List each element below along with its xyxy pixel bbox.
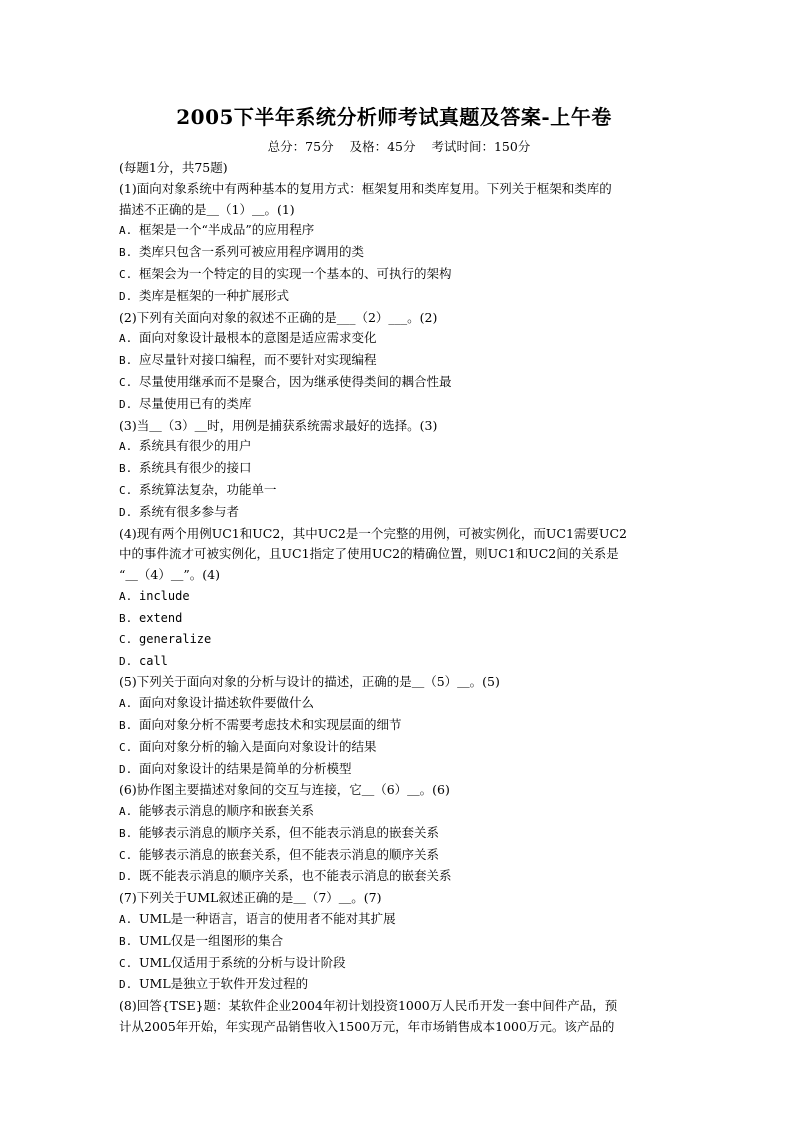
question-text: (5)下列关于面向对象的分析与设计的描述，正确的是＿（5）＿。(5) [119, 672, 679, 693]
option-label: A. [119, 694, 139, 715]
option-c: C.尽量使用继承而不是聚合，因为继承使得类间的耦合性最 [119, 372, 679, 394]
option-d: D.面向对象设计的结果是简单的分析模型 [119, 759, 679, 781]
option-text: UML是独立于软件开发过程的 [139, 976, 308, 991]
option-label: B. [119, 824, 139, 845]
question-text: (1)面向对象系统中有两种基本的复用方式：框架复用和类库复用。下列关于框架和类库… [119, 179, 679, 200]
option-label: D. [119, 503, 139, 524]
option-b: B.类库只包含一系列可被应用程序调用的类 [119, 242, 679, 264]
option-label: A. [119, 587, 139, 608]
exam-page: 2005下半年系统分析师考试真题及答案-上午卷 总分：75分 及格：45分 考试… [119, 100, 679, 1038]
option-label: A. [119, 221, 139, 242]
option-c: C.框架会为一个特定的目的实现一个基本的、可执行的架构 [119, 264, 679, 286]
option-text: 面向对象设计的结果是简单的分析模型 [139, 761, 352, 776]
option-text: 能够表示消息的顺序和嵌套关系 [139, 803, 314, 818]
option-label: B. [119, 351, 139, 372]
option-label: D. [119, 287, 139, 308]
question-text: “＿（4）＿”。(4) [119, 565, 679, 586]
question-text: (6)协作图主要描述对象间的交互与连接，它＿（6）＿。(6) [119, 780, 679, 801]
option-c: C.UML仅适用于系统的分析与设计阶段 [119, 953, 679, 975]
option-text: 类库只包含一系列可被应用程序调用的类 [139, 244, 364, 259]
option-c: C.面向对象分析的输入是面向对象设计的结果 [119, 737, 679, 759]
option-d: D.类库是框架的一种扩展形式 [119, 286, 679, 308]
question-text: (7)下列关于UML叙述正确的是＿（7）＿。(7) [119, 888, 679, 909]
question-text: (3)当＿（3）＿时，用例是捕获系统需求最好的选择。(3) [119, 416, 679, 437]
total-score: 总分：75分 [268, 139, 334, 154]
question-8: (8)回答{TSE}题：某软件企业2004年初计划投资1000万人民币开发一套中… [119, 996, 679, 1038]
option-label: C. [119, 630, 139, 651]
option-d: D.系统有很多参与者 [119, 502, 679, 524]
option-b: B.extend [119, 608, 679, 630]
option-text: call [139, 654, 168, 668]
scoring-note: (每题1分，共75题) [119, 158, 679, 179]
option-text: 既不能表示消息的顺序关系，也不能表示消息的嵌套关系 [139, 868, 452, 883]
option-text: UML仅是一组图形的集合 [139, 933, 283, 948]
exam-time: 考试时间：150分 [431, 139, 530, 154]
option-label: A. [119, 329, 139, 350]
question-6: (6)协作图主要描述对象间的交互与连接，它＿（6）＿。(6) A.能够表示消息的… [119, 780, 679, 888]
option-b: B.能够表示消息的顺序关系，但不能表示消息的嵌套关系 [119, 823, 679, 845]
exam-meta: 总分：75分 及格：45分 考试时间：150分 [119, 136, 679, 158]
question-1: (1)面向对象系统中有两种基本的复用方式：框架复用和类库复用。下列关于框架和类库… [119, 179, 679, 308]
option-text: 框架会为一个特定的目的实现一个基本的、可执行的架构 [139, 266, 452, 281]
option-text: UML仅适用于系统的分析与设计阶段 [139, 955, 346, 970]
option-label: D. [119, 867, 139, 888]
option-label: B. [119, 243, 139, 264]
option-c: C.能够表示消息的嵌套关系，但不能表示消息的顺序关系 [119, 845, 679, 867]
option-label: C. [119, 738, 139, 759]
option-text: 系统具有很少的接口 [139, 460, 252, 475]
option-a: A.面向对象设计描述软件要做什么 [119, 693, 679, 715]
option-label: A. [119, 910, 139, 931]
option-text: 应尽量针对接口编程，而不要针对实现编程 [139, 352, 377, 367]
option-b: B.系统具有很少的接口 [119, 458, 679, 480]
option-label: D. [119, 652, 139, 673]
option-label: B. [119, 459, 139, 480]
option-a: A.include [119, 586, 679, 608]
option-text: 面向对象分析不需要考虑技术和实现层面的细节 [139, 717, 402, 732]
option-text: generalize [139, 632, 211, 646]
option-label: A. [119, 437, 139, 458]
question-3: (3)当＿（3）＿时，用例是捕获系统需求最好的选择。(3) A.系统具有很少的用… [119, 416, 679, 524]
option-label: C. [119, 846, 139, 867]
option-label: C. [119, 265, 139, 286]
option-text: 能够表示消息的嵌套关系，但不能表示消息的顺序关系 [139, 847, 439, 862]
option-label: B. [119, 609, 139, 630]
option-text: 能够表示消息的顺序关系，但不能表示消息的嵌套关系 [139, 825, 439, 840]
pass-score: 及格：45分 [350, 139, 416, 154]
option-text: 系统有很多参与者 [139, 504, 239, 519]
question-text: (4)现有两个用例UC1和UC2，其中UC2是一个完整的用例，可被实例化，而UC… [119, 524, 679, 545]
option-text: 框架是一个“半成品”的应用程序 [139, 222, 314, 237]
option-text: extend [139, 611, 182, 625]
document-title: 2005下半年系统分析师考试真题及答案-上午卷 [109, 100, 679, 134]
question-4: (4)现有两个用例UC1和UC2，其中UC2是一个完整的用例，可被实例化，而UC… [119, 524, 679, 673]
option-text: 面向对象分析的输入是面向对象设计的结果 [139, 739, 377, 754]
option-d: D.既不能表示消息的顺序关系，也不能表示消息的嵌套关系 [119, 866, 679, 888]
option-b: B.应尽量针对接口编程，而不要针对实现编程 [119, 350, 679, 372]
option-text: 尽量使用继承而不是聚合，因为继承使得类间的耦合性最 [139, 374, 452, 389]
option-d: D.尽量使用已有的类库 [119, 394, 679, 416]
question-5: (5)下列关于面向对象的分析与设计的描述，正确的是＿（5）＿。(5) A.面向对… [119, 672, 679, 780]
option-label: B. [119, 932, 139, 953]
option-text: include [139, 589, 190, 603]
question-text: 计从2005年开始，年实现产品销售收入1500万元，年市场销售成本1000万元。… [119, 1017, 679, 1038]
option-a: A.能够表示消息的顺序和嵌套关系 [119, 801, 679, 823]
option-a: A.面向对象设计最根本的意图是适应需求变化 [119, 328, 679, 350]
question-text: (2)下列有关面向对象的叙述不正确的是___（2）___。(2) [119, 308, 679, 329]
option-text: 面向对象设计最根本的意图是适应需求变化 [139, 330, 377, 345]
option-label: D. [119, 975, 139, 996]
question-text: 中的事件流才可被实例化，且UC1指定了使用UC2的精确位置，则UC1和UC2间的… [119, 544, 679, 565]
question-7: (7)下列关于UML叙述正确的是＿（7）＿。(7) A.UML是一种语言，语言的… [119, 888, 679, 996]
option-a: A.框架是一个“半成品”的应用程序 [119, 220, 679, 242]
option-text: UML是一种语言，语言的使用者不能对其扩展 [139, 911, 396, 926]
option-text: 尽量使用已有的类库 [139, 396, 252, 411]
question-text: (8)回答{TSE}题：某软件企业2004年初计划投资1000万人民币开发一套中… [119, 996, 679, 1017]
option-label: A. [119, 802, 139, 823]
option-label: D. [119, 760, 139, 781]
option-d: D.UML是独立于软件开发过程的 [119, 974, 679, 996]
option-c: C.generalize [119, 629, 679, 651]
option-label: C. [119, 481, 139, 502]
option-d: D.call [119, 651, 679, 673]
option-text: 面向对象设计描述软件要做什么 [139, 695, 314, 710]
option-text: 类库是框架的一种扩展形式 [139, 288, 289, 303]
option-b: B.面向对象分析不需要考虑技术和实现层面的细节 [119, 715, 679, 737]
question-text: 描述不正确的是＿（1）＿。(1) [119, 200, 679, 221]
option-a: A.UML是一种语言，语言的使用者不能对其扩展 [119, 909, 679, 931]
option-label: B. [119, 716, 139, 737]
question-2: (2)下列有关面向对象的叙述不正确的是___（2）___。(2) A.面向对象设… [119, 308, 679, 416]
option-b: B.UML仅是一组图形的集合 [119, 931, 679, 953]
option-text: 系统算法复杂，功能单一 [139, 482, 277, 497]
option-text: 系统具有很少的用户 [139, 438, 252, 453]
option-label: C. [119, 373, 139, 394]
option-label: C. [119, 954, 139, 975]
option-label: D. [119, 395, 139, 416]
option-c: C.系统算法复杂，功能单一 [119, 480, 679, 502]
option-a: A.系统具有很少的用户 [119, 436, 679, 458]
